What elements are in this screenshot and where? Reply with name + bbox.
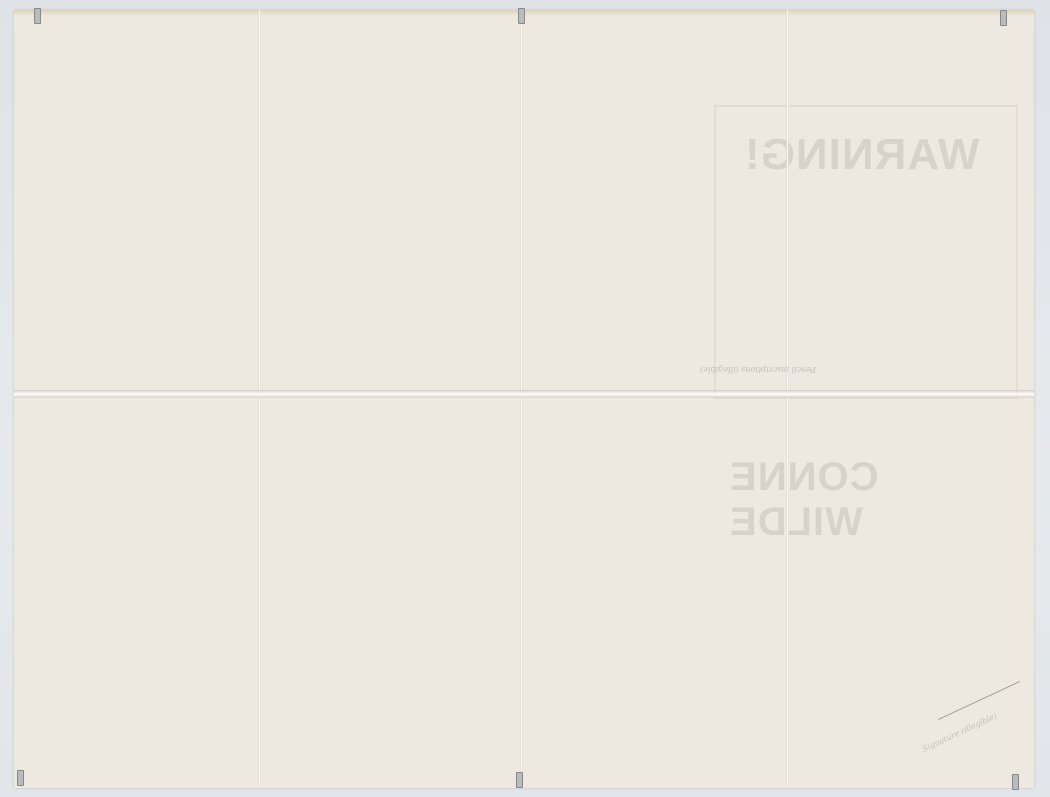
warning-headline-ghost: WARNING! <box>744 130 979 180</box>
vertical-fold-3 <box>786 10 789 788</box>
pencil-line <box>938 681 1020 720</box>
horizontal-fold <box>14 390 1034 398</box>
vertical-fold-1 <box>258 10 261 788</box>
lower-ghost-line-2: WILDE <box>729 500 863 545</box>
clip-bottom-left <box>17 770 24 786</box>
poster-back: WARNING! CONNE WILDE Pencil inscriptions… <box>14 10 1034 788</box>
signature: Signature (illegible) <box>921 711 998 754</box>
clip-top-right <box>1000 10 1007 26</box>
lower-ghost-line-1: CONNE <box>729 455 878 500</box>
clip-bottom-right <box>1012 774 1019 790</box>
clip-bottom-center <box>516 772 523 788</box>
clip-top-left <box>34 8 41 24</box>
vertical-fold-2 <box>520 10 523 788</box>
clip-top-center <box>518 8 525 24</box>
pencil-note: Pencil inscriptions (illegible) <box>700 365 816 374</box>
